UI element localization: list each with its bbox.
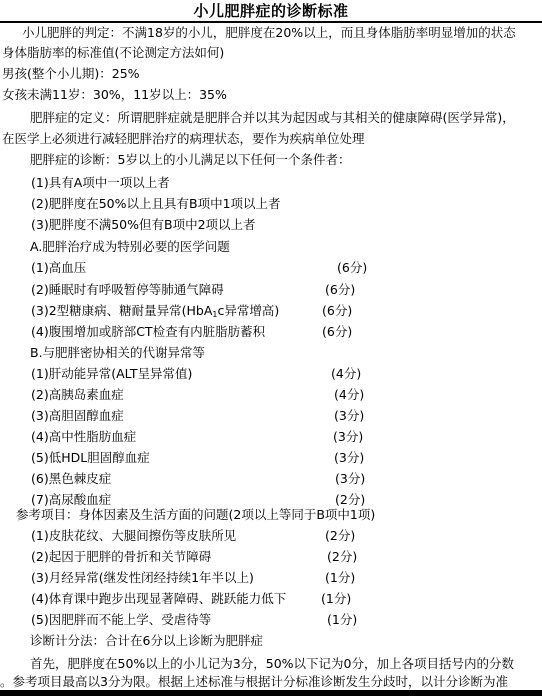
section-ref-item-4: (4)体育课中跑步出现显著障碍、跳跃能力低下 — [31, 591, 286, 607]
section-a-item-4: (4)腹围增加或脐部CT检查有内脏脂肪蓄积 — [31, 324, 265, 340]
page-title: 小儿肥胖症的诊断标准 — [0, 1, 542, 21]
section-b-heading: B.与肥胖密协相关的代谢异常等 — [30, 345, 205, 361]
diagnosis-condition-1: (1)具有A项中一项以上者 — [31, 175, 170, 191]
bodyfat-standard-header: 身体脂肪率的标准值(不论测定方法如何) — [2, 45, 224, 61]
section-b-item-5-score: (3分) — [334, 450, 364, 466]
section-ref-item-3: (3)月经异常(继发性闭经持续1年半以上) — [31, 570, 254, 586]
obesity-definition-line1: 肥胖症的定义：所谓肥胖症就是肥胖合并以其为起因或与其相关的健康障碍(医学异常)， — [30, 110, 515, 126]
section-ref-item-3-score: (1分) — [325, 570, 355, 586]
section-b-item-7: (7)高尿酸血症 — [31, 492, 111, 508]
section-a-item-2-score: (6分) — [325, 282, 355, 298]
section-b-item-1-score: (4分) — [331, 366, 361, 382]
diagnosis-condition-2: (2)肥胖度在50%以上且具有B项中1项以上者 — [31, 196, 281, 212]
section-a-item-3-post: c异常增高) — [218, 303, 280, 318]
section-a-heading: A.肥胖治疗成为特别必要的医学问题 — [30, 239, 230, 255]
section-ref-item-2-score: (2分) — [327, 549, 357, 565]
section-a-item-1: (1)高血压 — [31, 260, 86, 276]
section-b-item-3: (3)高胆固醇血症 — [31, 408, 124, 424]
section-ref-item-5: (5)因肥胖而不能上学、受虐待等 — [31, 612, 211, 628]
title-divider — [0, 21, 542, 23]
section-ref-item-5-score: (1分) — [327, 612, 357, 628]
obesity-definition-line2: 在医学上必须进行减轻肥胖治疗的病理状态，要作为疾病单位处理 — [2, 131, 365, 147]
section-b-item-5: (5)低HDL胆固醇血症 — [31, 450, 150, 466]
section-b-item-4: (4)高中性脂肪血症 — [31, 429, 136, 445]
section-a-item-3: (3)2型糖康病、糖耐量异常(HbA1c异常增高) — [31, 303, 279, 323]
section-b-item-3-score: (3分) — [334, 408, 364, 424]
section-b-item-1: (1)肝动能异常(ALT呈异常值) — [31, 366, 192, 382]
section-b-item-6-score: (3分) — [335, 471, 365, 487]
section-a-item-3-pre: (3)2型糖康病、糖耐量异常(HbA — [31, 303, 212, 318]
section-b-item-4-score: (3分) — [333, 429, 363, 445]
section-a-item-2: (2)睡眠时有呼吸暂停等肺通气障碍 — [31, 282, 224, 298]
bottom-border — [0, 690, 542, 696]
section-ref-item-1: (1)皮肤花纹、大腿间擦伤等皮肤所见 — [31, 528, 236, 544]
bodyfat-boys: 男孩(整个小儿期)：25% — [2, 66, 140, 82]
section-ref-heading: 参考项目：身体因素及生活方面的问题(2项以上等同于B项中1项) — [16, 507, 375, 523]
section-a-item-1-score: (6分) — [337, 260, 367, 276]
diagnosis-condition-3: (3)肥胖度不满50%但有B项中2项以上者 — [31, 217, 256, 233]
footer-note-line2: 。参考项目最高以3分为限。根据上述标准与根据计分标准诊断发生分歧时，以计分诊断为… — [0, 674, 508, 690]
section-b-item-7-score: (2分) — [335, 492, 365, 508]
bodyfat-girls: 女孩未满11岁：30%，11岁以上：35% — [2, 87, 227, 103]
section-ref-item-4-score: (1分) — [321, 591, 351, 607]
footer-note-line1: 首先，肥胖度在50%以上的小儿记为3分，50%以下记为0分，加上各项目括号内的分… — [30, 656, 514, 672]
section-ref-item-1-score: (2分) — [325, 528, 355, 544]
section-a-item-3-score: (6分) — [322, 303, 352, 319]
section-a-item-4-score: (6分) — [322, 324, 352, 340]
diagnosis-intro: 肥胖症的诊断：5岁以上的小儿满足以下任何一个条件者： — [30, 152, 350, 168]
section-b-item-2-score: (4分) — [334, 387, 364, 403]
section-b-item-2: (2)高胰岛素血症 — [31, 387, 124, 403]
child-obesity-definition: 小儿肥胖的判定：不满18岁的小儿，肥胖度在20%以上，而且身体脂肪率明显增加的状… — [22, 25, 516, 41]
section-ref-item-2: (2)起因于肥胖的骨折和关节障碍 — [31, 549, 211, 565]
scoring-method: 诊断计分法：合计在6分以上诊断为肥胖症 — [30, 633, 263, 649]
section-b-item-6: (6)黑色棘皮症 — [31, 471, 111, 487]
